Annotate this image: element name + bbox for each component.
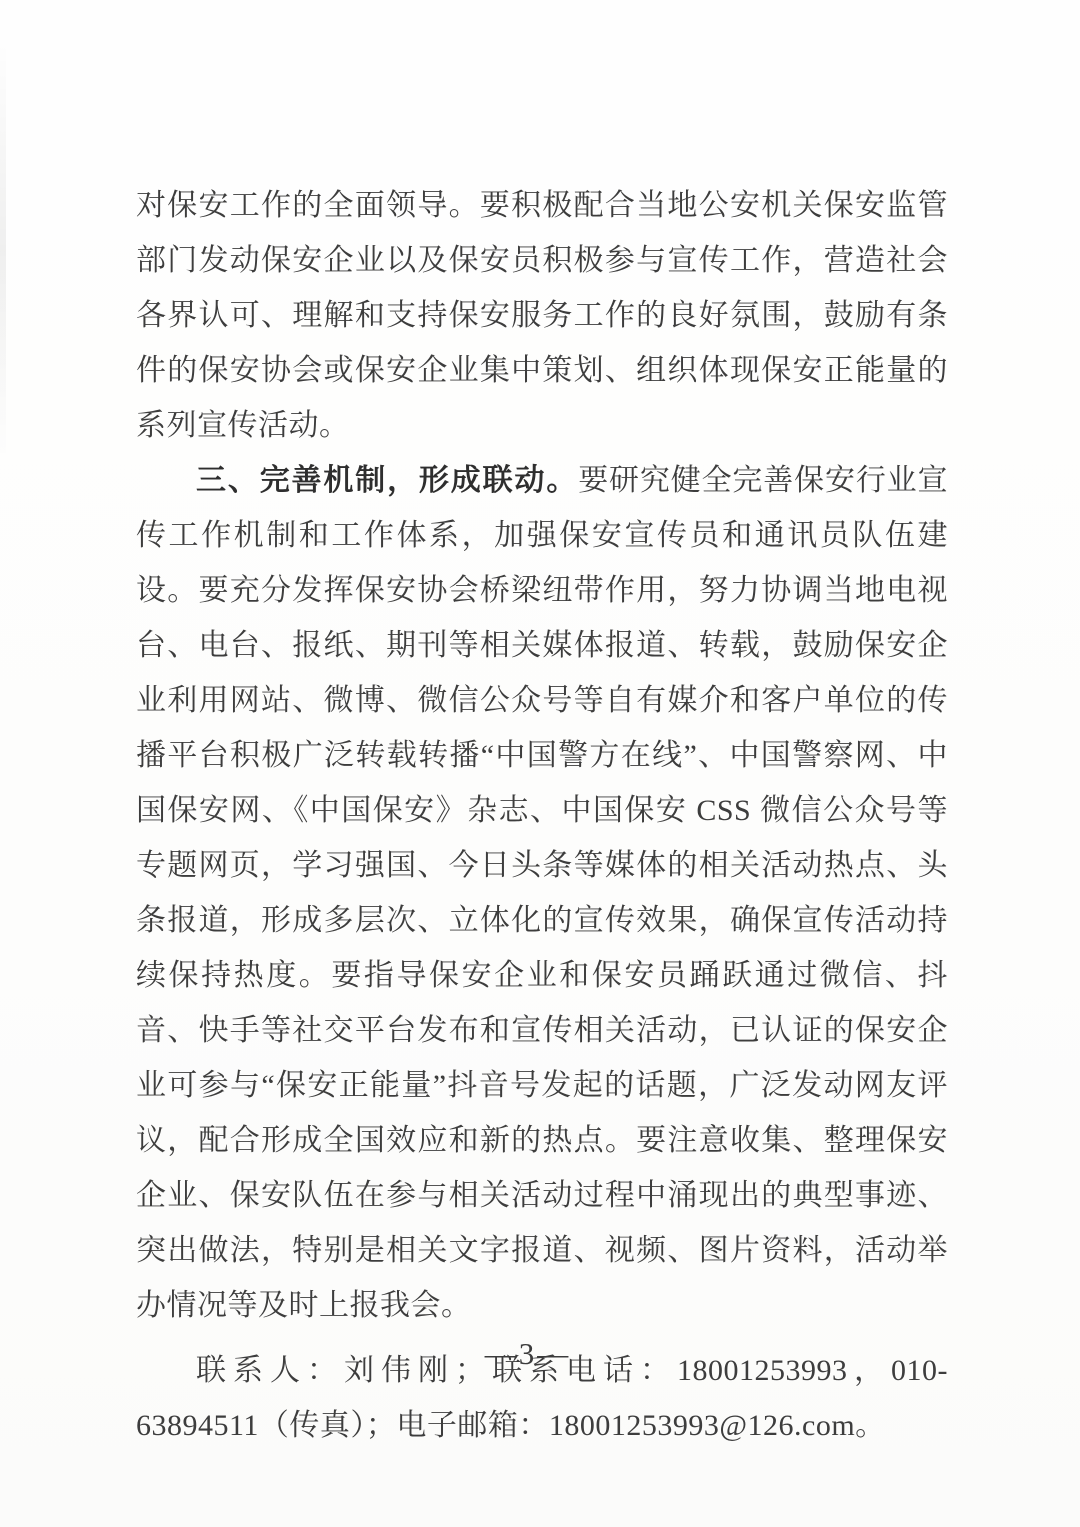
continued-paragraph: 对保安工作的全面领导。要积极配合当地公安机关保安监管部门发动保安企业以及保安员积… (136, 178, 948, 453)
document-body: 对保安工作的全面领导。要积极配合当地公安机关保安监管部门发动保安企业以及保安员积… (136, 178, 948, 1453)
body-text-segment: 对保安工作的全面领导。要积极配合当地公安机关保安监管部门发动保安企业以及保安员积… (136, 189, 948, 442)
page-number: —3— (0, 1336, 1056, 1372)
document-page: 对保安工作的全面领导。要积极配合当地公安机关保安监管部门发动保安企业以及保安员积… (0, 0, 1080, 1527)
body-text-segment: 要研究健全完善保安行业宣传工作机制和工作体系，加强保安宣传员和通讯员队伍建设。要… (136, 464, 948, 1322)
section-heading: 三、完善机制，形成联动。 (196, 464, 578, 497)
section-three-paragraph: 三、完善机制，形成联动。要研究健全完善保安行业宣传工作机制和工作体系，加强保安宣… (136, 453, 948, 1333)
